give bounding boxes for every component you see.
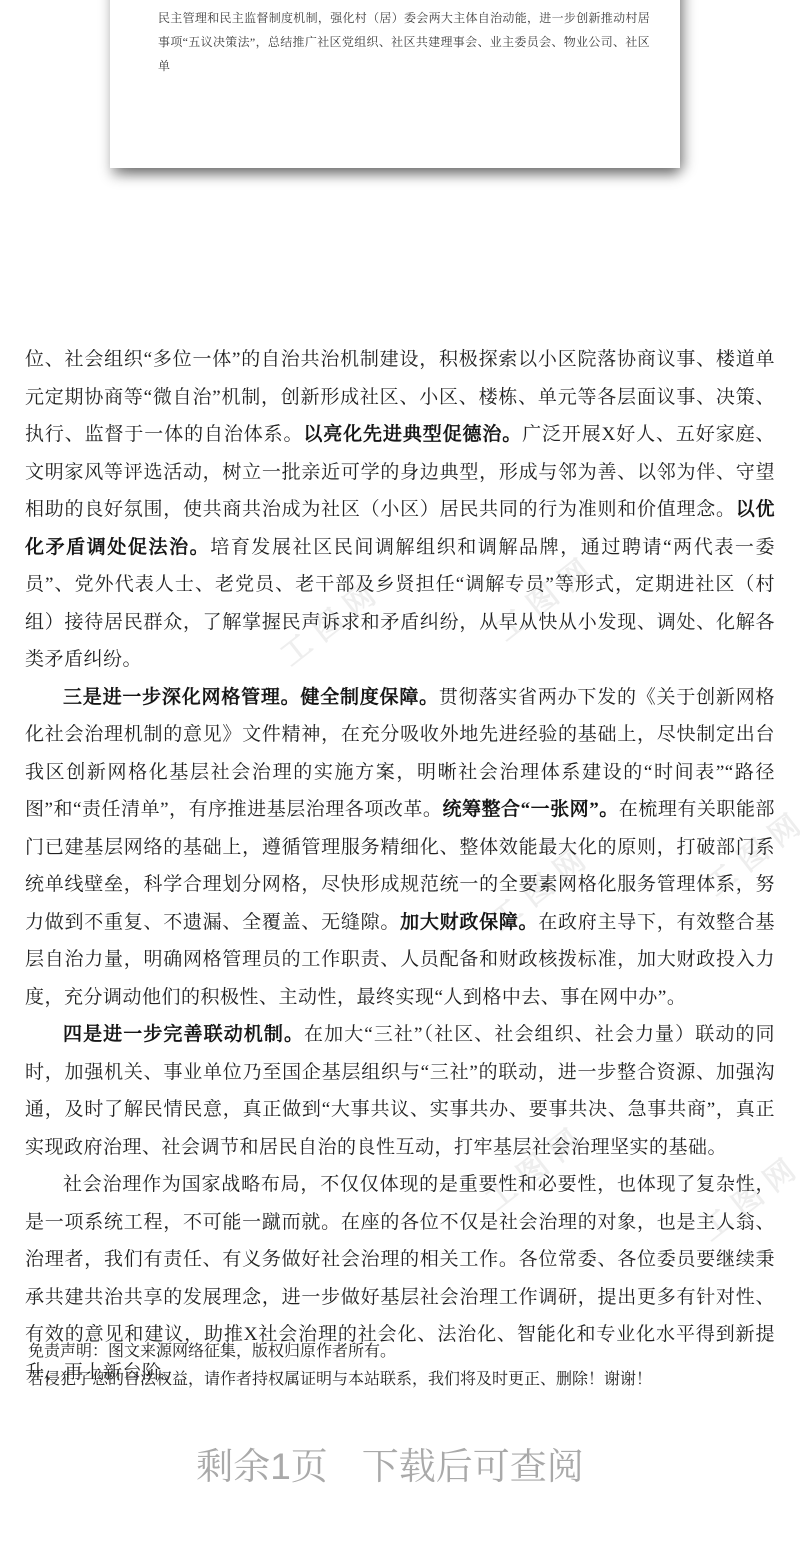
document-preview-page: 民主管理和民主监督制度机制，强化村（居）委会两大主体自治动能，进一步创新推动村居… <box>110 0 680 168</box>
download-hint: 下载后可查阅 <box>362 1446 584 1487</box>
preview-page-text: 民主管理和民主监督制度机制，强化村（居）委会两大主体自治动能，进一步创新推动村居… <box>158 6 650 78</box>
paragraph: 位、社会组织“多位一体”的自治共治机制建设，积极探索以小区院落协商议事、楼道单元… <box>25 341 775 679</box>
document-body: 位、社会组织“多位一体”的自治共治机制建设，积极探索以小区院落协商议事、楼道单元… <box>25 341 775 1391</box>
disclaimer-line-1: 免责声明：图文来源网络征集，版权归原作者所有。 <box>28 1338 768 1366</box>
remaining-pages-count: 剩余1页 <box>196 1446 328 1487</box>
remaining-pages-notice: 剩余1页下载后可查阅 <box>0 1446 780 1488</box>
paragraph: 四是进一步完善联动机制。在加大“三社”（社区、社会组织、社会力量）联动的同时，加… <box>25 1016 775 1166</box>
disclaimer: 免责声明：图文来源网络征集，版权归原作者所有。 若侵犯了您的合法权益，请作者持权… <box>28 1338 768 1394</box>
paragraph: 三是进一步深化网格管理。健全制度保障。贯彻落实省两办下发的《关于创新网格化社会治… <box>25 679 775 1017</box>
document-preview-screen: 民主管理和民主监督制度机制，强化村（居）委会两大主体自治动能，进一步创新推动村居… <box>0 0 800 1547</box>
disclaimer-line-2: 若侵犯了您的合法权益，请作者持权属证明与本站联系，我们将及时更正、删除！谢谢！ <box>28 1366 768 1394</box>
